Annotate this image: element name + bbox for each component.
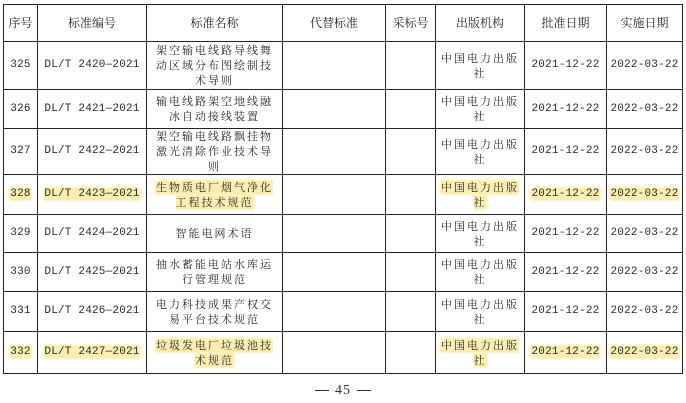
cell-replaces: [283, 292, 386, 332]
cell-standard-code: DL/T 2421—2021: [38, 90, 147, 129]
cell-standard-name: 架空输电线路飘挂物激光清除作业技术导则: [147, 129, 283, 175]
cell-seq: 329: [4, 215, 38, 253]
cell-standard-code: DL/T 2424—2021: [38, 215, 147, 253]
header-approval-date: 批准日期: [525, 5, 607, 42]
cell-publisher-text: 中国电力出版社: [441, 220, 519, 248]
table-row: 329DL/T 2424—2021智能电网术语中国电力出版社2021-12-22…: [4, 215, 683, 253]
cell-seq: 327: [4, 129, 38, 175]
cell-publisher-text: 中国电力出版社: [441, 339, 519, 367]
cell-replaces: [283, 332, 386, 374]
cell-standard-name-text: 生物质电厂烟气净化工程技术规范: [156, 181, 273, 209]
cell-seq: 326: [4, 90, 38, 129]
cell-publisher-text: 中国电力出版社: [441, 298, 519, 326]
header-effective-date: 实施日期: [607, 5, 683, 42]
cell-standard-name: 输电线路架空地线融冰自动接线装置: [147, 90, 283, 129]
cell-replaces: [283, 42, 386, 90]
cell-standard-code-text: DL/T 2424—2021: [44, 227, 139, 239]
cell-standard-code-text: DL/T 2420—2021: [44, 59, 139, 71]
table-row: 326DL/T 2421—2021输电线路架空地线融冰自动接线装置中国电力出版社…: [4, 90, 683, 129]
cell-seq-text: 329: [10, 227, 30, 239]
cell-adopted-code: [386, 292, 436, 332]
cell-standard-code-text: DL/T 2425—2021: [44, 266, 139, 278]
page-number: 45: [0, 383, 686, 399]
cell-publisher: 中国电力出版社: [436, 332, 525, 374]
cell-standard-code: DL/T 2425—2021: [38, 253, 147, 292]
cell-standard-code-text: DL/T 2422—2021: [44, 145, 139, 157]
cell-effective-date: 2022-03-22: [607, 292, 683, 332]
cell-standard-code: DL/T 2426—2021: [38, 292, 147, 332]
cell-standard-code: DL/T 2423—2021: [38, 175, 147, 215]
cell-effective-date-text: 2022-03-22: [610, 305, 678, 317]
cell-publisher: 中国电力出版社: [436, 253, 525, 292]
cell-seq-text: 331: [10, 305, 30, 317]
cell-standard-name-text: 电力科技成果产权交易平台技术规范: [156, 298, 273, 326]
cell-approval-date: 2021-12-22: [525, 215, 607, 253]
cell-approval-date: 2021-12-22: [525, 175, 607, 215]
cell-standard-code-text: DL/T 2427—2021: [44, 346, 139, 358]
cell-standard-name-text: 输电线路架空地线融冰自动接线装置: [156, 95, 273, 123]
cell-approval-date: 2021-12-22: [525, 253, 607, 292]
cell-effective-date-text: 2022-03-22: [610, 188, 678, 200]
table-row: 332DL/T 2427—2021垃圾发电厂垃圾池技术规范中国电力出版社2021…: [4, 332, 683, 374]
table-row: 330DL/T 2425—2021抽水蓄能电站水库运行管理规范中国电力出版社20…: [4, 253, 683, 292]
cell-publisher-text: 中国电力出版社: [441, 138, 519, 166]
cell-replaces: [283, 90, 386, 129]
cell-seq: 331: [4, 292, 38, 332]
cell-adopted-code: [386, 253, 436, 292]
cell-replaces: [283, 175, 386, 215]
table-row: 325DL/T 2420—2021架空输电线路导线舞动区域分布图绘制技术导则中国…: [4, 42, 683, 90]
header-seq: 序号: [4, 5, 38, 42]
cell-approval-date-text: 2021-12-22: [531, 59, 599, 71]
cell-publisher-text: 中国电力出版社: [441, 52, 519, 80]
cell-approval-date: 2021-12-22: [525, 42, 607, 90]
header-publisher: 出版机构: [436, 5, 525, 42]
table-row: 327DL/T 2422—2021架空输电线路飘挂物激光清除作业技术导则中国电力…: [4, 129, 683, 175]
header-adopted-code: 采标号: [386, 5, 436, 42]
cell-approval-date: 2021-12-22: [525, 292, 607, 332]
cell-publisher: 中国电力出版社: [436, 42, 525, 90]
cell-standard-code-text: DL/T 2426—2021: [44, 305, 139, 317]
table-header-row: 序号 标准编号 标准名称 代替标准 采标号 出版机构 批准日期 实施日期: [4, 5, 683, 42]
cell-publisher: 中国电力出版社: [436, 215, 525, 253]
cell-effective-date-text: 2022-03-22: [610, 103, 678, 115]
dash-left: [315, 390, 329, 391]
cell-standard-name: 电力科技成果产权交易平台技术规范: [147, 292, 283, 332]
cell-standard-code-text: DL/T 2423—2021: [44, 188, 139, 200]
cell-effective-date: 2022-03-22: [607, 332, 683, 374]
cell-publisher-text: 中国电力出版社: [441, 181, 519, 209]
cell-standard-name-text: 垃圾发电厂垃圾池技术规范: [156, 339, 273, 367]
cell-standard-name-text: 智能电网术语: [176, 227, 254, 240]
cell-replaces: [283, 253, 386, 292]
cell-effective-date: 2022-03-22: [607, 42, 683, 90]
cell-adopted-code: [386, 215, 436, 253]
dash-right: [357, 390, 371, 391]
cell-seq-text: 325: [10, 59, 30, 71]
cell-effective-date: 2022-03-22: [607, 253, 683, 292]
header-replaces: 代替标准: [283, 5, 386, 42]
cell-seq-text: 327: [10, 145, 30, 157]
cell-effective-date-text: 2022-03-22: [610, 227, 678, 239]
cell-seq: 330: [4, 253, 38, 292]
cell-standard-name: 抽水蓄能电站水库运行管理规范: [147, 253, 283, 292]
cell-effective-date: 2022-03-22: [607, 215, 683, 253]
cell-adopted-code: [386, 129, 436, 175]
cell-adopted-code: [386, 90, 436, 129]
cell-seq-text: 328: [10, 188, 30, 200]
cell-approval-date-text: 2021-12-22: [531, 346, 599, 358]
cell-seq: 325: [4, 42, 38, 90]
cell-publisher: 中国电力出版社: [436, 90, 525, 129]
cell-seq-text: 332: [10, 346, 30, 358]
cell-approval-date: 2021-12-22: [525, 129, 607, 175]
cell-adopted-code: [386, 175, 436, 215]
cell-effective-date-text: 2022-03-22: [610, 266, 678, 278]
table-row: 328DL/T 2423—2021生物质电厂烟气净化工程技术规范中国电力出版社2…: [4, 175, 683, 215]
cell-approval-date-text: 2021-12-22: [531, 305, 599, 317]
cell-publisher-text: 中国电力出版社: [441, 258, 519, 286]
cell-standard-name: 架空输电线路导线舞动区域分布图绘制技术导则: [147, 42, 283, 90]
table-body: 325DL/T 2420—2021架空输电线路导线舞动区域分布图绘制技术导则中国…: [4, 42, 683, 374]
cell-seq-text: 326: [10, 103, 30, 115]
cell-replaces: [283, 129, 386, 175]
cell-publisher-text: 中国电力出版社: [441, 95, 519, 123]
cell-standard-code: DL/T 2422—2021: [38, 129, 147, 175]
cell-seq-text: 330: [10, 266, 30, 278]
cell-publisher: 中国电力出版社: [436, 129, 525, 175]
cell-standard-name: 智能电网术语: [147, 215, 283, 253]
cell-publisher: 中国电力出版社: [436, 292, 525, 332]
cell-seq: 332: [4, 332, 38, 374]
cell-effective-date: 2022-03-22: [607, 175, 683, 215]
cell-standard-name-text: 抽水蓄能电站水库运行管理规范: [156, 258, 273, 286]
cell-effective-date: 2022-03-22: [607, 90, 683, 129]
cell-standard-name-text: 架空输电线路飘挂物激光清除作业技术导则: [156, 130, 273, 173]
cell-effective-date-text: 2022-03-22: [610, 346, 678, 358]
cell-standard-code: DL/T 2420—2021: [38, 42, 147, 90]
cell-seq: 328: [4, 175, 38, 215]
header-standard-name: 标准名称: [147, 5, 283, 42]
cell-approval-date: 2021-12-22: [525, 90, 607, 129]
cell-approval-date-text: 2021-12-22: [531, 227, 599, 239]
cell-standard-name: 垃圾发电厂垃圾池技术规范: [147, 332, 283, 374]
cell-effective-date-text: 2022-03-22: [610, 59, 678, 71]
page-number-value: 45: [335, 383, 351, 398]
cell-publisher: 中国电力出版社: [436, 175, 525, 215]
cell-standard-name-text: 架空输电线路导线舞动区域分布图绘制技术导则: [156, 44, 273, 87]
cell-standard-code: DL/T 2427—2021: [38, 332, 147, 374]
cell-adopted-code: [386, 42, 436, 90]
cell-adopted-code: [386, 332, 436, 374]
cell-replaces: [283, 215, 386, 253]
cell-standard-name: 生物质电厂烟气净化工程技术规范: [147, 175, 283, 215]
standards-table: 序号 标准编号 标准名称 代替标准 采标号 出版机构 批准日期 实施日期 325…: [3, 4, 683, 374]
cell-approval-date-text: 2021-12-22: [531, 103, 599, 115]
cell-standard-code-text: DL/T 2421—2021: [44, 103, 139, 115]
cell-approval-date: 2021-12-22: [525, 332, 607, 374]
table-row: 331DL/T 2426—2021电力科技成果产权交易平台技术规范中国电力出版社…: [4, 292, 683, 332]
cell-approval-date-text: 2021-12-22: [531, 266, 599, 278]
cell-approval-date-text: 2021-12-22: [531, 188, 599, 200]
cell-approval-date-text: 2021-12-22: [531, 145, 599, 157]
header-standard-code: 标准编号: [38, 5, 147, 42]
cell-effective-date-text: 2022-03-22: [610, 145, 678, 157]
cell-effective-date: 2022-03-22: [607, 129, 683, 175]
